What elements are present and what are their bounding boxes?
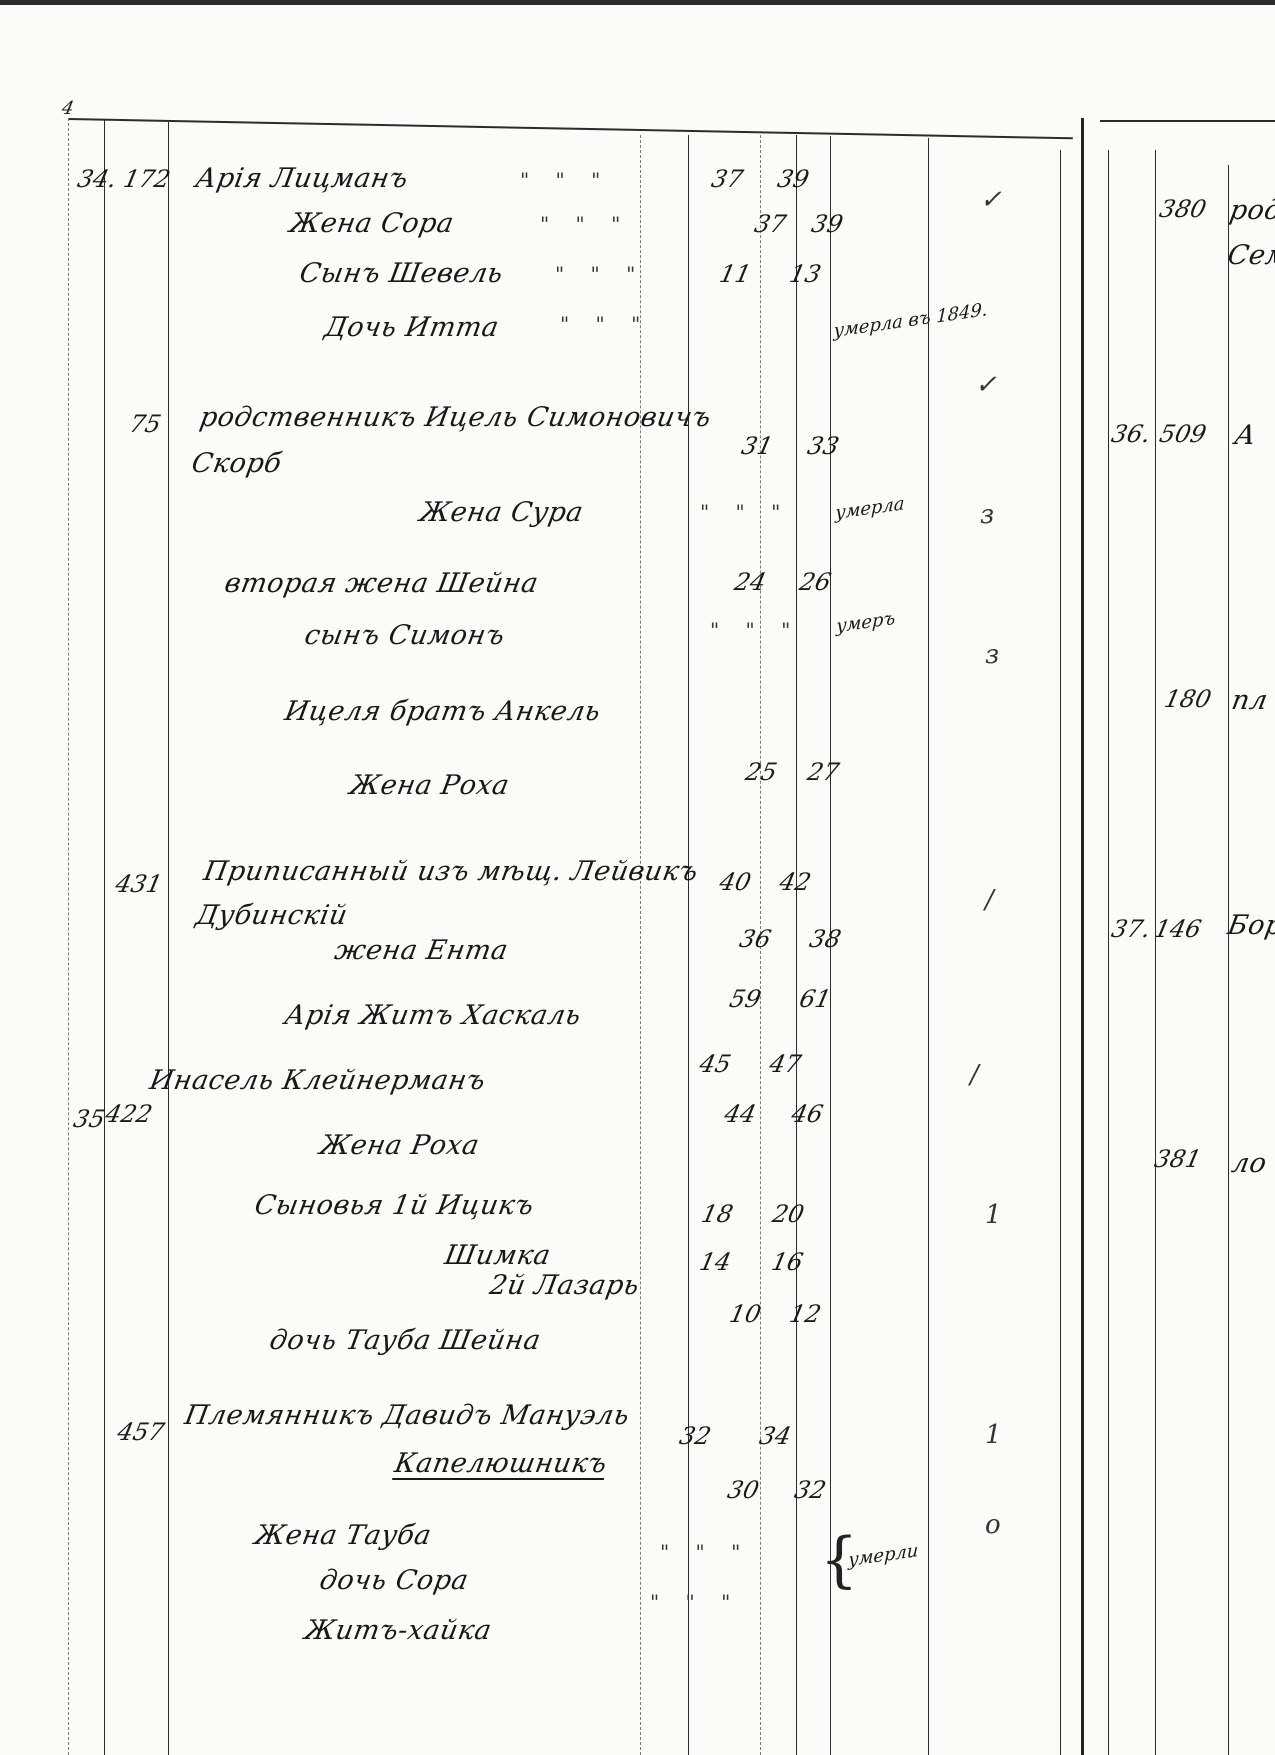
margin-mark: 1	[985, 1420, 1002, 1450]
age-previous: 24	[732, 568, 768, 596]
person-name: Ицеля братъ Анкель	[281, 690, 669, 734]
ditto-marks: " " "	[540, 212, 630, 236]
person-name-fragment: род	[1227, 195, 1275, 226]
age-previous: 18	[699, 1200, 735, 1228]
margin-check-mark: ✓	[975, 370, 997, 400]
age-current: 33	[805, 432, 841, 460]
death-note: умеръ	[836, 608, 896, 638]
person-name: Арiя Лицманъ	[193, 163, 410, 194]
margin-mark: о	[985, 1510, 1001, 1540]
person-name: Жена Тауба	[252, 1520, 434, 1551]
family-number: 37.	[1109, 915, 1153, 943]
house-number: 509	[1157, 420, 1209, 448]
house-number: 172	[121, 165, 173, 193]
family-number: 34.	[75, 165, 119, 193]
column-rule	[104, 120, 105, 1755]
death-note: умерла	[835, 493, 905, 524]
column-rule	[1155, 150, 1156, 1755]
column-rule	[1060, 150, 1061, 1755]
ditto-marks: " " "	[555, 262, 645, 286]
person-name: Сыновья 1й Ицикъ	[252, 1190, 536, 1221]
age-current: 39	[775, 165, 811, 193]
age-previous: 40	[717, 868, 753, 896]
ditto-marks: " " "	[710, 618, 800, 642]
age-previous: 44	[722, 1100, 758, 1128]
header-rule-right	[1100, 120, 1275, 122]
person-name: Инасель Клейнерманъ	[147, 1065, 488, 1096]
person-name: Шимка	[442, 1240, 553, 1271]
person-name: Жена Роха	[317, 1130, 481, 1161]
person-name: Сынъ Шевель	[297, 258, 505, 289]
age-previous: 30	[725, 1476, 761, 1504]
age-previous: 45	[697, 1050, 733, 1078]
column-rule	[796, 135, 797, 1755]
age-previous: 36	[737, 925, 773, 953]
age-current: 16	[769, 1248, 805, 1276]
surname-underlined: Капелюшникъ	[392, 1448, 609, 1479]
person-name: Жена Роха	[347, 770, 511, 801]
age-current: 26	[797, 568, 833, 596]
person-name: Дочь Итта	[322, 312, 501, 343]
person-name-fragment: ло	[1229, 1148, 1269, 1179]
column-rule	[1108, 150, 1109, 1755]
age-current: 47	[767, 1050, 803, 1078]
age-current: 34	[757, 1422, 793, 1450]
person-name: Приписанный изъ мѣщ. Лейвикъ Дубинскій	[192, 850, 708, 938]
column-rule	[640, 135, 641, 1755]
house-number: 380	[1157, 195, 1209, 223]
page-gutter	[1081, 118, 1084, 1755]
age-current: 32	[792, 1476, 828, 1504]
scan-top-border	[0, 0, 1275, 5]
age-previous: 11	[717, 260, 753, 288]
age-current: 42	[777, 868, 813, 896]
person-name: родственникъ Ицель Симоновичъ Скорб	[188, 395, 744, 487]
header-rule	[68, 118, 1073, 139]
age-previous: 32	[677, 1422, 713, 1450]
ditto-marks: " " "	[650, 1590, 740, 1614]
age-current: 61	[797, 985, 833, 1013]
margin-check-mark: ✓	[980, 185, 1002, 215]
margin-mark: /	[970, 1060, 979, 1090]
house-number: 180	[1162, 685, 1214, 713]
margin-mark: /	[985, 885, 994, 915]
person-name: жена Ента	[332, 935, 510, 966]
death-note: умерли	[848, 1540, 919, 1571]
age-previous: 59	[727, 985, 763, 1013]
age-previous: 25	[743, 758, 779, 786]
margin-mark: з	[985, 640, 999, 670]
column-rule	[1228, 165, 1229, 1755]
person-name-fragment: Бор	[1225, 910, 1275, 941]
person-name: Житъ-хайка	[302, 1615, 494, 1646]
person-name-fragment: пл	[1229, 685, 1270, 716]
ditto-marks: " " "	[700, 500, 790, 524]
person-name: дочь Сора	[317, 1565, 471, 1596]
age-previous: 37	[709, 165, 745, 193]
person-name-fragment: Сем	[1225, 240, 1275, 271]
column-rule	[168, 122, 169, 1755]
age-previous: 10	[727, 1300, 763, 1328]
person-name: Жена Сура	[417, 497, 585, 528]
person-name: дочь Тауба Шейна	[267, 1325, 543, 1356]
house-number: 431	[113, 870, 165, 898]
age-previous: 14	[697, 1248, 733, 1276]
column-rule	[928, 138, 929, 1755]
person-name: Арiя Житъ Хаскаль	[282, 1000, 583, 1031]
margin-mark: з	[980, 500, 994, 530]
ditto-marks: " " "	[520, 168, 610, 192]
family-number: 35	[71, 1105, 107, 1133]
column-rule	[68, 118, 69, 1755]
house-number: 146	[1152, 915, 1204, 943]
death-note: умерла въ 1849.	[833, 299, 987, 342]
age-current: 38	[807, 925, 843, 953]
house-number: 381	[1152, 1145, 1204, 1173]
person-name: 2й Лазарь	[487, 1270, 642, 1301]
age-current: 20	[770, 1200, 806, 1228]
person-name: вторая жена Шейна	[222, 568, 541, 599]
age-current: 13	[787, 260, 823, 288]
age-previous: 31	[739, 432, 775, 460]
person-name-fragment: А	[1232, 420, 1258, 451]
age-current: 27	[805, 758, 841, 786]
margin-mark: 1	[985, 1200, 1002, 1230]
person-name: сынъ Симонъ	[302, 620, 507, 651]
column-rule	[688, 135, 689, 1755]
house-number: 75	[127, 410, 163, 438]
house-number: 422	[103, 1100, 155, 1128]
house-number: 457	[115, 1418, 167, 1446]
ditto-marks: " " "	[660, 1540, 750, 1564]
age-previous: 37	[752, 210, 788, 238]
age-current: 46	[789, 1100, 825, 1128]
person-name: Жена Сора	[287, 208, 456, 239]
family-number: 36.	[1109, 420, 1153, 448]
person-name: Племянникъ Давидъ Мануэль	[182, 1400, 632, 1431]
ditto-marks: " " "	[560, 312, 650, 336]
age-current: 12	[787, 1300, 823, 1328]
age-current: 39	[809, 210, 845, 238]
corner-page-mark: 4	[60, 98, 76, 119]
